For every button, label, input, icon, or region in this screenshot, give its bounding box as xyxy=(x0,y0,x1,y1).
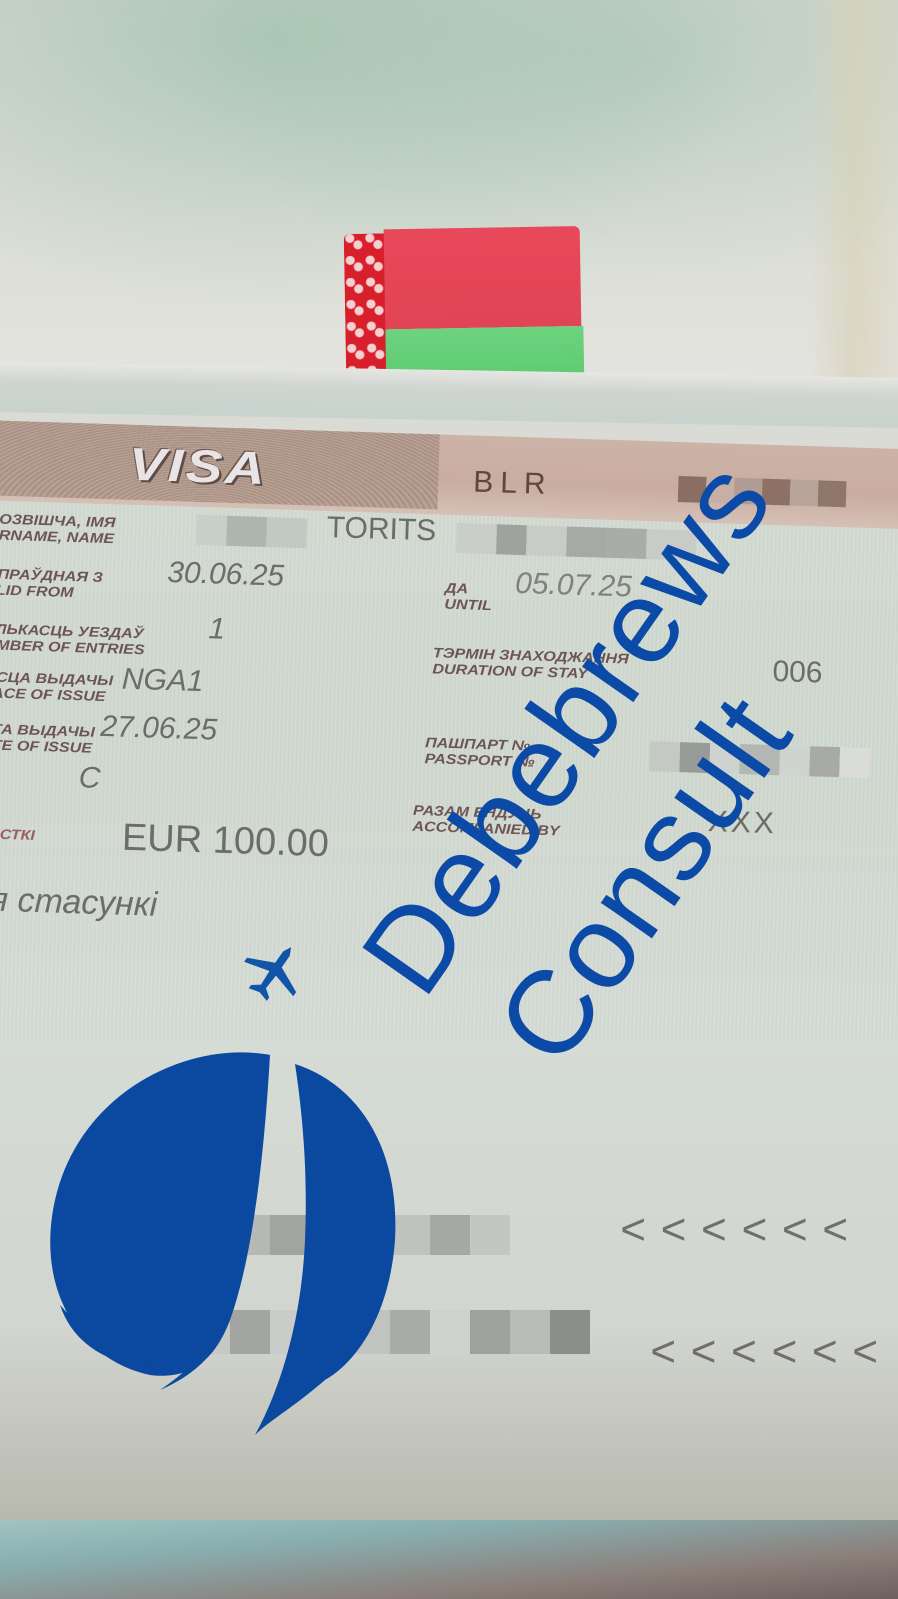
redacted-visa-number xyxy=(678,476,847,507)
duration-value: 006 xyxy=(772,655,823,691)
until-label: ДА UNTIL xyxy=(444,580,492,613)
passport-label: ПАШПАРТ № PASSPORT № xyxy=(424,734,535,769)
visa-country-code: BLR xyxy=(473,466,553,502)
name-value: TORITS xyxy=(326,511,436,548)
visa-title: VISA xyxy=(128,437,268,495)
accompanied-label: РАЗАМ ЕНДУЦЬ ACCOMPANIED BY xyxy=(412,802,560,839)
flag-ornament xyxy=(344,233,389,384)
duration-label: ТЭРМІН ЗНАХОДЖАННЯ DURATION OF STAY xyxy=(432,644,629,682)
visa-header: VISA BLR xyxy=(0,420,898,530)
mrz-line-2: <<<<<< xyxy=(650,1330,892,1380)
place-of-issue-label: МЕСЦА ВЫДАЧЫ PLACE OF ISSUE xyxy=(0,668,113,704)
visa-type-value: C xyxy=(78,761,101,796)
valid-from-label: САПРАЎДНАЯ З VALID FROM xyxy=(0,565,103,601)
fee-label: ЗВЕСТКІ xyxy=(0,825,35,843)
passport-edge xyxy=(0,1520,898,1599)
name-label: ПРОЗВІШЧА, ІМЯ SURNAME, NAME xyxy=(0,510,116,546)
valid-from-value: 30.06.25 xyxy=(167,556,285,594)
belarus-flag-icon xyxy=(344,226,585,388)
remarks-value: ыя стасункі xyxy=(0,880,158,925)
entries-value: 1 xyxy=(208,612,226,647)
accompanied-value: XXX xyxy=(707,805,777,841)
date-of-issue-value: 27.06.25 xyxy=(100,710,218,748)
entries-label: КОЛЬКАСЦЬ УЕЗДАЎ NUMBER OF ENTRIES xyxy=(0,620,145,657)
fee-value: EUR 100.00 xyxy=(121,817,329,866)
airplane-icon xyxy=(233,940,315,1012)
mrz-line-1: <<<<<< xyxy=(620,1208,862,1258)
redacted-name xyxy=(196,515,307,548)
place-of-issue-value: NGA1 xyxy=(121,663,204,700)
globe-airplane-logo xyxy=(40,940,400,1440)
redacted-passport-number xyxy=(649,741,870,778)
flag-red-band xyxy=(384,226,582,329)
date-of-issue-label: ДАТА ВЫДАЧЫ DATE OF ISSUE xyxy=(0,720,95,756)
until-value: 05.07.25 xyxy=(515,567,633,605)
redacted-name-rest xyxy=(456,523,697,561)
